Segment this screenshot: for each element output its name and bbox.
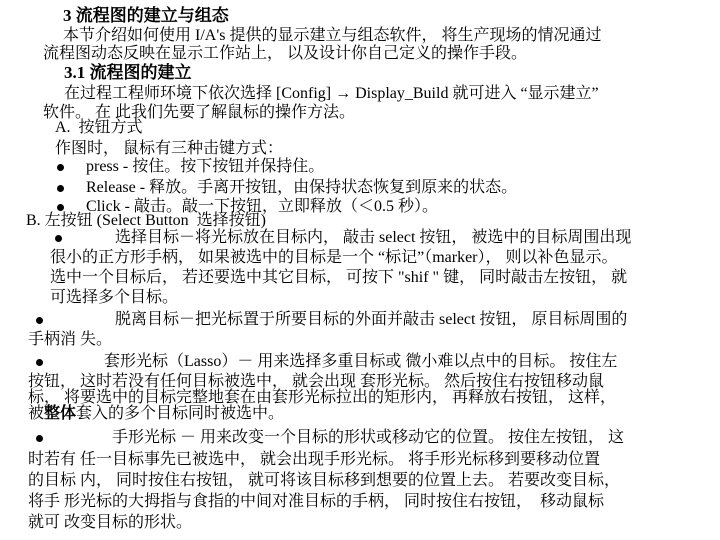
text-line: 就可 改变目标的形状。 [28, 513, 192, 533]
text-line: 将手 形光标的大拇指与食指的中间对准目标的手柄， 同时按住右按钮， 移动鼠标 [28, 492, 604, 512]
text-line: Release - 释放。手离开按钮，由保持状态恢复到原来的状态。 [86, 178, 517, 198]
text-segment: 被 [28, 405, 44, 422]
text-line: 的目标 内， 同时按住右按钮， 就可将该目标移到想要的位置上去。 若要改变目标， [28, 471, 620, 491]
bullet-icon [55, 235, 62, 242]
text-line: 套形光标（Lasso）－ 用来选择多重目标或 微小难以点中的目标。 按住左 [104, 352, 617, 372]
text-segment: 脱离目标－把光标置于所要目标的外面并敲击 select 按钮， 原目标周围的 [115, 311, 627, 328]
text-segment: 手柄消 失。 [28, 331, 112, 348]
text-segment: Release - 释放。手离开按钮，由保持状态恢复到原来的状态。 [86, 179, 517, 196]
section-heading: 3 流程图的建立与组态 [63, 6, 229, 26]
bullet-icon [57, 164, 64, 171]
text-line: 手形光标 － 用来改变一个目标的形状或移动它的位置。 按住左按钮， 这 [112, 428, 624, 448]
bullet-icon [57, 185, 64, 192]
text-line: 脱离目标－把光标置于所要目标的外面并敲击 select 按钮， 原目标周围的 [115, 310, 627, 330]
text-line: 流程图动态反映在显示工作站上， 以及设计你自己定义的操作手段。 [43, 44, 527, 64]
text-line: 时若有 任一目标事先已被选中， 就会出现手形光标。 将手形光标移到要移动位置 [28, 450, 600, 470]
bullet-icon [36, 435, 43, 442]
text-segment: 选择目标－将光标放在目标内， 敲击 select 按钮， 被选中的目标周围出现 [115, 229, 631, 246]
text-segment: 在过程工程师环境下依次选择 [Config] → Display_Build 就… [64, 85, 599, 102]
text-segment: 可选择多个目标。 [50, 289, 178, 306]
text-line: 选中一个目标后， 若还要选中其它目标， 可按下 "shif " 键， 同时敲击左… [50, 268, 627, 288]
text-line: A. 按钮方式 [55, 118, 143, 138]
document-page: 3 流程图的建立与组态本节介绍如何使用 I/A's 提供的显示建立与组态软件， … [0, 0, 720, 540]
text-line: 选择目标－将光标放在目标内， 敲击 select 按钮， 被选中的目标周围出现 [115, 228, 631, 248]
text-line: 在过程工程师环境下依次选择 [Config] → Display_Build 就… [64, 84, 599, 104]
bullet-icon [36, 317, 43, 324]
text-segment: 选中一个目标后， 若还要选中其它目标， 可按下 "shif " 键， 同时敲击左… [50, 269, 627, 286]
text-segment: 整体 [44, 405, 76, 422]
text-segment: 3.1 流程图的建立 [64, 63, 192, 82]
text-line: 本节介绍如何使用 I/A's 提供的显示建立与组态软件， 将生产现场的情况通过 [63, 26, 601, 46]
text-line: press - 按住。按下按钮并保持住。 [86, 157, 324, 177]
text-segment: 手形光标 － 用来改变一个目标的形状或移动它的位置。 按住左按钮， 这 [112, 429, 624, 446]
text-segment: 很小的正方形手柄， 如果被选中的目标是一个 “标记”（marker）， 则以补色… [50, 249, 618, 266]
section-heading: 3.1 流程图的建立 [64, 63, 192, 83]
text-line: 作图时， 鼠标有三种击键方式： [55, 139, 283, 159]
text-line: 很小的正方形手柄， 如果被选中的目标是一个 “标记”（marker）， 则以补色… [50, 248, 618, 268]
text-segment: 时若有 任一目标事先已被选中， 就会出现手形光标。 将手形光标移到要移动位置 [28, 451, 600, 468]
text-segment: 作图时， 鼠标有三种击键方式： [55, 140, 283, 157]
bullet-icon [57, 204, 64, 211]
text-line: 可选择多个目标。 [50, 288, 178, 308]
text-segment: 3 流程图的建立与组态 [63, 6, 229, 25]
text-segment: 本节介绍如何使用 I/A's 提供的显示建立与组态软件， 将生产现场的情况通过 [63, 27, 601, 44]
text-line: 手柄消 失。 [28, 330, 112, 350]
text-segment: B. 左按钮 (Select Button 选择按钮) [26, 212, 266, 229]
text-segment: 套形光标（Lasso）－ 用来选择多重目标或 微小难以点中的目标。 按住左 [104, 353, 617, 370]
text-segment: 就可 改变目标的形状。 [28, 514, 192, 531]
text-segment: 流程图动态反映在显示工作站上， 以及设计你自己定义的操作手段。 [43, 45, 527, 62]
text-segment: 的目标 内， 同时按住右按钮， 就可将该目标移到想要的位置上去。 若要改变目标， [28, 472, 620, 489]
bullet-icon [36, 359, 43, 366]
text-segment: A. 按钮方式 [55, 119, 143, 136]
text-segment: press - 按住。按下按钮并保持住。 [86, 158, 324, 175]
text-segment: 将手 形光标的大拇指与食指的中间对准目标的手柄， 同时按住右按钮， 移动鼠标 [28, 493, 604, 510]
text-segment: 套入的多个目标同时被选中。 [76, 405, 284, 422]
text-line: 被整体套入的多个目标同时被选中。 [28, 404, 284, 424]
